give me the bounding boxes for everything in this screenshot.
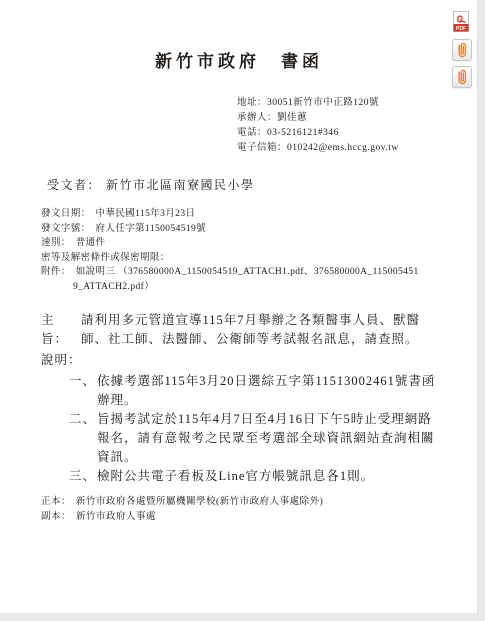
attachment-1-button[interactable] — [452, 39, 472, 61]
list-item: 二、 旨揭考試定於115年4月7日至4月16日下午5時止受理網路報名，請有意報考… — [69, 410, 451, 467]
contact-block: 地址：30051新竹市中正路120號 承辦人：劉佳蕙 電話：03-5216121… — [237, 96, 399, 156]
recipient-label: 受文者： — [47, 178, 101, 192]
classification-label: 密等及解密條件或保密期限： — [41, 253, 170, 263]
subject-text: 請利用多元管道宣導115年7月舉辦之各類醫事人員、獸醫師、社工師、法醫師、公衛師… — [81, 311, 428, 349]
subject-label: 主旨： — [41, 311, 79, 349]
priority-line: 速別：普通件 — [41, 236, 443, 251]
attachment-line: 附件：如說明三 （376580000A_1150054519_ATTACH1.p… — [41, 265, 421, 294]
list-item-number: 二、 — [69, 410, 97, 467]
priority-value: 普通件 — [76, 238, 106, 248]
issue-date-value: 中華民國115年3月23日 — [96, 209, 196, 219]
list-item-number: 三、 — [69, 467, 97, 486]
attachment-value: 如說明三 （376580000A_1150054519_ATTACH1.pdf、… — [73, 267, 419, 292]
cc-copy-value: 新竹市政府人事處 — [76, 512, 156, 522]
contact-email: 電子信箱：010242@ems.hccg.gov.tw — [237, 141, 399, 156]
subject-line: 主旨： 請利用多元管道宣導115年7月舉辦之各類醫事人員、獸醫師、社工師、法醫師… — [41, 311, 451, 349]
original-copy-label: 正本： — [41, 497, 71, 507]
attachment-2-button[interactable] — [452, 66, 472, 88]
recipient-line: 受文者：新竹市北區南寮國民小學 — [47, 176, 255, 193]
pdf-icon-label: PDF — [456, 26, 466, 32]
copies-block: 正本：新竹市政府各處暨所屬機關學校(新竹市政府人事處除外) 副本：新竹市政府人事… — [41, 495, 323, 525]
doc-number-value: 府人任字第1150054519號 — [96, 224, 207, 234]
pdf-icon-graphic: PDF — [453, 11, 469, 32]
issue-date-line: 發文日期：中華民國115年3月23日 — [41, 207, 443, 222]
contact-undertaker: 承辦人：劉佳蕙 — [237, 111, 399, 126]
body-block: 主旨： 請利用多元管道宣導115年7月舉辦之各類醫事人員、獸醫師、社工師、法醫師… — [41, 311, 451, 486]
list-item-text: 旨揭考試定於115年4月7日至4月16日下午5時止受理網路報名，請有意報考之民眾… — [97, 410, 442, 467]
list-item: 一、 依據考選部115年3月20日選綜五字第11513002461號書函辦理。 — [69, 372, 451, 410]
cc-copy-line: 副本：新竹市政府人事處 — [41, 510, 323, 525]
explanation-list: 一、 依據考選部115年3月20日選綜五字第11513002461號書函辦理。 … — [69, 372, 451, 486]
contact-phone: 電話：03-5216121#346 — [237, 126, 399, 141]
explanation-label: 說明： — [41, 351, 451, 370]
document-title: 新竹市政府 書函 — [0, 47, 478, 72]
original-copy-value: 新竹市政府各處暨所屬機關學校(新竹市政府人事處除外) — [76, 497, 323, 507]
list-item-text: 依據考選部115年3月20日選綜五字第11513002461號書函辦理。 — [97, 372, 442, 410]
cc-copy-label: 副本： — [41, 512, 71, 522]
doc-number-line: 發文字號：府人任字第1150054519號 — [41, 222, 443, 237]
pdf-file-icon[interactable]: PDF — [453, 11, 469, 32]
list-item: 三、 檢附公共電子看板及Line官方帳號訊息各1則。 — [69, 467, 451, 486]
list-item-text: 檢附公共電子看板及Line官方帳號訊息各1則。 — [97, 467, 442, 486]
attachment-label: 附件： — [41, 267, 71, 277]
meta-block: 發文日期：中華民國115年3月23日 發文字號：府人任字第1150054519號… — [41, 207, 443, 295]
issue-date-label: 發文日期： — [41, 209, 91, 219]
original-copy-line: 正本：新竹市政府各處暨所屬機關學校(新竹市政府人事處除外) — [41, 495, 323, 510]
paperclip-icon — [456, 42, 469, 59]
list-item-number: 一、 — [69, 372, 97, 410]
classification-line: 密等及解密條件或保密期限： — [41, 251, 443, 266]
priority-label: 速別： — [41, 238, 71, 248]
recipient-value: 新竹市北區南寮國民小學 — [106, 178, 255, 192]
paperclip-icon — [456, 69, 469, 86]
document-page: 新竹市政府 書函 地址：30051新竹市中正路120號 承辦人：劉佳蕙 電話：0… — [0, 0, 478, 613]
contact-address: 地址：30051新竹市中正路120號 — [237, 96, 399, 111]
doc-number-label: 發文字號： — [41, 224, 91, 234]
